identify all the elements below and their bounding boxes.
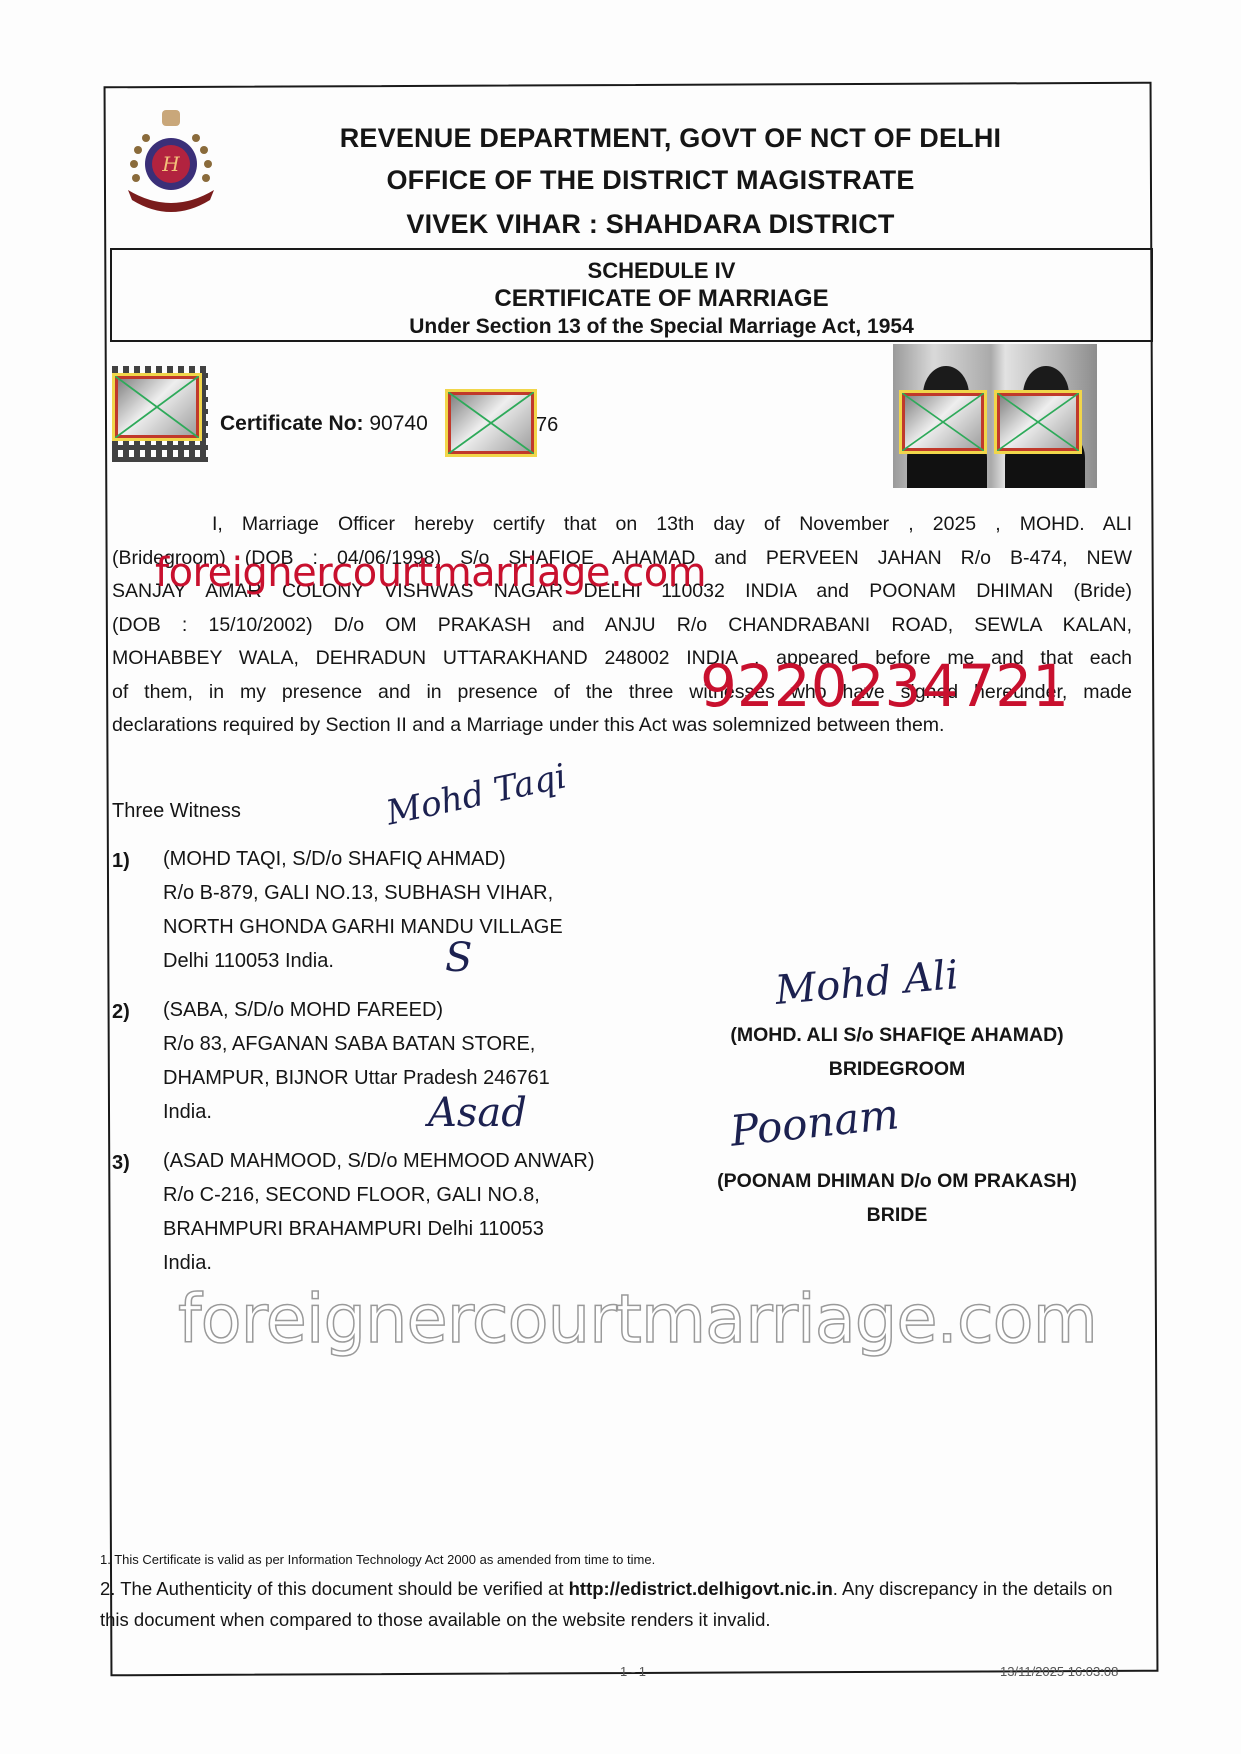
bride-role: BRIDE (667, 1198, 1127, 1232)
watermark-website-outline: foreignercourtmarriage.com (178, 1280, 1097, 1358)
paragraph-line: (DOB : 15/10/2002) D/o OM PRAKASH and AN… (112, 609, 1132, 643)
groom-name: (MOHD. ALI S/o SHAFIQE AHAMAD) (667, 1018, 1127, 1052)
footnotes: 1. This Certificate is valid as per Info… (100, 1552, 1140, 1635)
witness-1-address: R/o B-879, GALI NO.13, SUBHASH VIHAR, (163, 876, 563, 910)
header-office: OFFICE OF THE DISTRICT MAGISTRATE (0, 165, 1241, 196)
redaction-box (445, 389, 537, 457)
schedule-box: SCHEDULE IV CERTIFICATE OF MARRIAGE Unde… (110, 248, 1153, 342)
witness-1-name: (MOHD TAQI, S/D/o SHAFIQ AHMAD) (163, 842, 563, 876)
witness-3-address: BRAHMPURI BRAHAMPURI Delhi 110053 (163, 1212, 595, 1246)
footnote-2: 2. The Authenticity of this document sho… (100, 1573, 1140, 1635)
act-reference: Under Section 13 of the Special Marriage… (112, 315, 1151, 339)
witness-2-signature: S (445, 935, 472, 981)
print-timestamp: 13/11/2025 16:03:08 (1000, 1664, 1118, 1679)
witness-2-number: 2) (112, 1001, 130, 1024)
witness-1-number: 1) (112, 850, 130, 873)
paragraph-line: I, Marriage Officer hereby certify that … (112, 508, 1132, 542)
witness-3-signature: Asad (428, 1090, 527, 1136)
groom-role: BRIDEGROOM (667, 1052, 1127, 1086)
certificate-title: CERTIFICATE OF MARRIAGE (112, 285, 1151, 313)
witness-2-name: (SABA, S/D/o MOHD FAREED) (163, 993, 550, 1027)
witness-1-address: Delhi 110053 India. (163, 944, 563, 978)
certificate-number-label: Certificate No: (220, 412, 364, 435)
verification-link[interactable]: http://edistrict.delhigovt.nic.in (569, 1578, 833, 1599)
watermark-phone: 9220234721 (700, 652, 1069, 720)
certificate-number-prefix: 90740 (369, 412, 427, 435)
page-number: 1 - 1 (620, 1664, 646, 1679)
witness-3: (ASAD MAHMOOD, S/D/o MEHMOOD ANWAR) R/o … (163, 1144, 595, 1280)
witness-3-address: R/o C-216, SECOND FLOOR, GALI NO.8, (163, 1178, 595, 1212)
schedule-label: SCHEDULE IV (112, 258, 1151, 284)
redaction-box (899, 390, 987, 454)
redaction-box (994, 390, 1082, 454)
witness-1-address: NORTH GHONDA GARHI MANDU VILLAGE (163, 910, 563, 944)
witness-3-name: (ASAD MAHMOOD, S/D/o MEHMOOD ANWAR) (163, 1144, 595, 1178)
header-department: REVENUE DEPARTMENT, GOVT OF NCT OF DELHI (0, 123, 1241, 154)
bride-block: (POONAM DHIMAN D/o OM PRAKASH) BRIDE (667, 1164, 1127, 1232)
watermark-website: foreignercourtmarriage.com (155, 550, 706, 596)
witnesses-heading: Three Witness (112, 800, 241, 823)
witness-3-address: India. (163, 1246, 595, 1280)
groom-block: (MOHD. ALI S/o SHAFIQE AHAMAD) BRIDEGROO… (667, 1018, 1127, 1086)
certificate-number-suffix: 76 (536, 414, 558, 437)
footnote-1: 1. This Certificate is valid as per Info… (100, 1552, 1140, 1567)
witness-2-address: R/o 83, AFGANAN SABA BATAN STORE, (163, 1027, 550, 1061)
witness-1: (MOHD TAQI, S/D/o SHAFIQ AHMAD) R/o B-87… (163, 842, 563, 978)
bride-name: (POONAM DHIMAN D/o OM PRAKASH) (667, 1164, 1127, 1198)
witness-3-number: 3) (112, 1152, 130, 1175)
header-district: VIVEK VIHAR : SHAHDARA DISTRICT (0, 209, 1241, 240)
certificate-number: Certificate No: 90740 (220, 412, 428, 436)
redaction-box (112, 373, 202, 441)
